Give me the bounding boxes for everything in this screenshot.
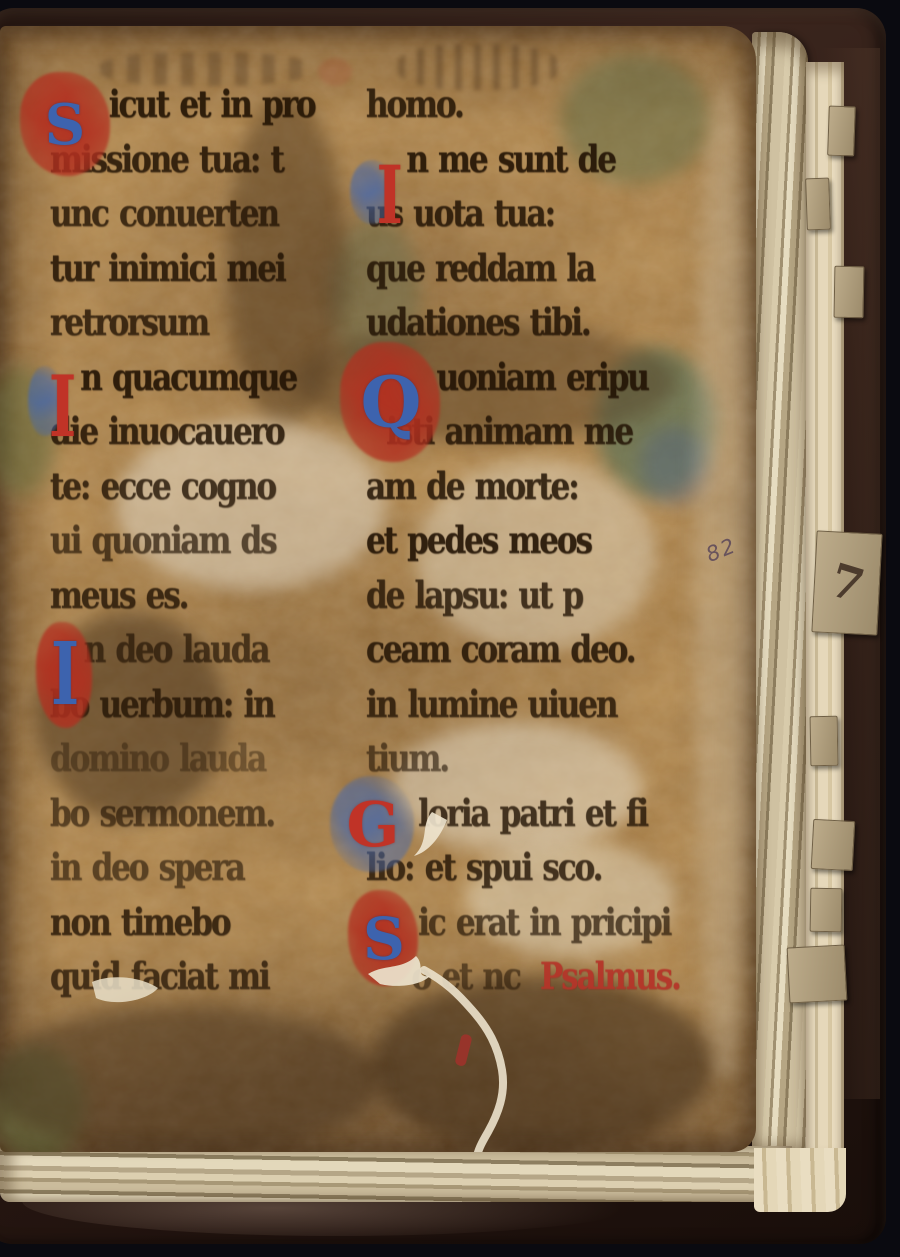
index-tab [787,945,848,1004]
index-tab [834,266,865,319]
initial-letter: I [51,632,79,718]
index-tab [810,888,843,933]
initial-letter: I [377,155,403,235]
index-tab [827,106,856,157]
initial-letter: S [45,97,85,153]
illuminated-initial-I: I [48,360,78,454]
initial-letter: Q [361,368,422,438]
initial-letter: G [347,794,400,856]
illuminated-initial-S: S [356,896,412,982]
illuminated-initial-G: G [344,786,402,864]
bottom-right-page-corner [754,1148,846,1212]
illuminated-initial-Q: Q [350,348,432,458]
index-tab [811,819,856,871]
initial-letter: S [363,910,405,968]
bottom-page-edges [0,1146,792,1202]
index-tab [805,178,831,231]
manuscript-photo: 7 [0,0,900,1257]
red-drip-mark [454,1033,472,1067]
initial-letter: I [49,365,77,449]
index-tab-large: 7 [811,530,882,635]
illuminated-initial-I: I [376,152,404,238]
manuscript-page: icut et in pro missione tua: t unc conue… [0,26,756,1152]
index-tab [810,716,839,766]
